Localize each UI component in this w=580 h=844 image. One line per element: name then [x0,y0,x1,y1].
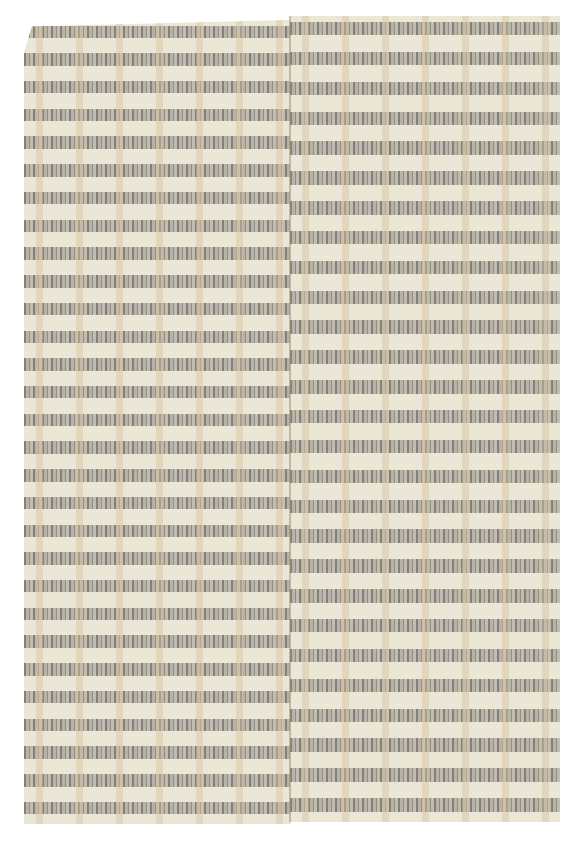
rug-warp-band [236,20,243,824]
rug-warp-band [156,20,163,824]
rug-warp-band [276,20,283,824]
rug-warp-band [36,20,43,824]
rug-photo [0,0,580,844]
rug-warp-band [196,20,203,824]
rug-warp-band [382,16,389,822]
rug-warp-band [342,16,349,822]
rug-warp-band [422,16,429,822]
rug-warp-band [302,16,309,822]
rug-left-panel [24,20,291,824]
rug-warp-band [502,16,509,822]
rug-warp-band [116,20,123,824]
rug-warp-band [462,16,469,822]
rug-warp-band [76,20,83,824]
rug-right-panel [290,16,560,822]
panel-seam [289,16,291,822]
rug-warp-band [542,16,549,822]
